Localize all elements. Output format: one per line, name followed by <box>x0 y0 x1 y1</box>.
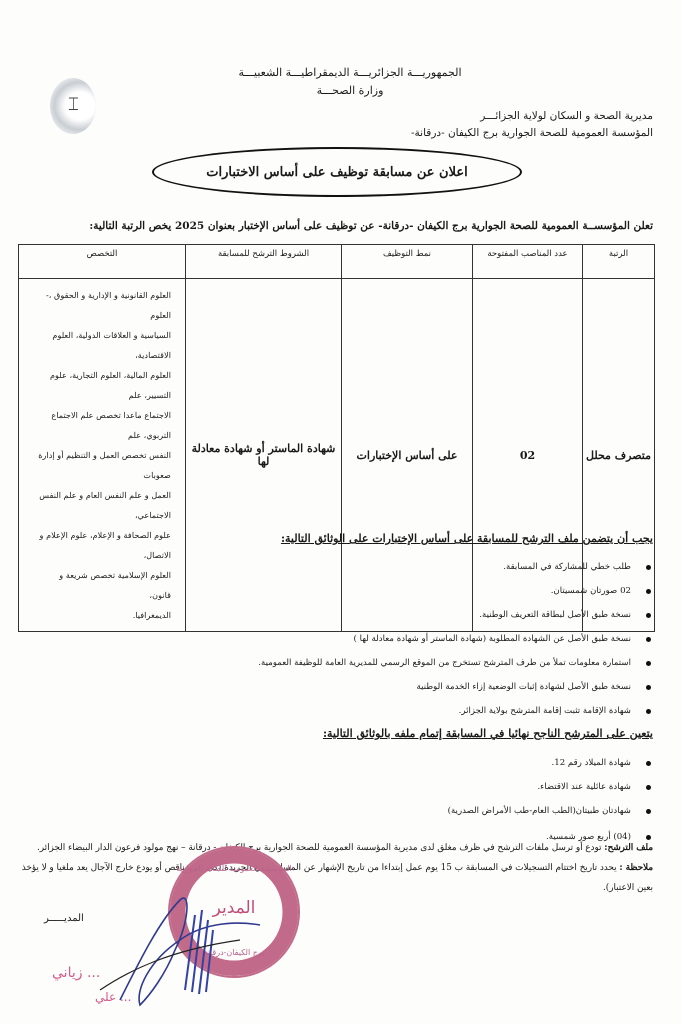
specialty-line: العلوم الإسلامية تخصص شريعة و قانون، <box>37 565 171 605</box>
specialty-line: الديمغرافيا. <box>37 605 171 625</box>
announcement-title: اعلان عن مسابقة توظيف على أساس الاختبارا… <box>206 165 467 180</box>
header-rank: الرتبة <box>583 245 655 279</box>
signatory-name-line2: ... علي <box>95 990 131 1004</box>
list-item: استمارة معلومات تملأ من طرف المترشح تستخ… <box>258 651 653 675</box>
submission-label: ملف الترشح: <box>604 843 653 853</box>
note-label: ملاحظة : <box>619 863 653 873</box>
announcement-title-oval: اعلان عن مسابقة توظيف على أساس الاختبارا… <box>152 147 522 197</box>
institution-block: مديرية الصحة و السكان لولاية الجزائـــر … <box>293 108 653 142</box>
list-item: شهادة الإقامة تثبت إقامة المترشح بولاية … <box>258 699 653 723</box>
specialty-line: العمل و علم النفس العام و علم النفس الاج… <box>37 485 171 525</box>
logo-glyph-icon: ⌶ <box>68 94 79 115</box>
stamp-top-text: المؤسسة العمومية للصحة الجوارية <box>170 864 298 873</box>
list-item: شهادتان طبيتان(الطب العام-طب الأمراض الص… <box>448 799 653 823</box>
required-docs-title: يجب أن يتضمن ملف الترشح للمسابقة على أسا… <box>281 532 653 545</box>
table-header-row: الرتبة عدد المناصب المفتوحة نمط التوظيف … <box>19 245 655 279</box>
cell-specialty: العلوم القانونية و الإدارية و الحقوق ،- … <box>19 279 186 632</box>
directorate-name: مديرية الصحة و السكان لولاية الجزائـــر <box>293 108 653 125</box>
list-item: شهادة عائلية عند الاقتضاء. <box>448 775 653 799</box>
intro-text: تعلن المؤسســة العمومية للصحة الجوارية ب… <box>23 220 653 232</box>
final-docs-title: يتعين على المترشح الناجح نهائيا في المسا… <box>323 727 653 740</box>
ministry-header: وزارة الصحـــة <box>200 82 500 99</box>
header-positions: عدد المناصب المفتوحة <box>473 245 583 279</box>
specialty-line: العلوم المالية، العلوم التجارية، علوم ال… <box>37 365 171 405</box>
submission-text: تودع أو ترسل ملفات الترشح في ظرف مغلق لد… <box>37 843 602 853</box>
header-specialty: التخصص <box>19 245 186 279</box>
specialty-line: علوم الصحافة و الإعلام، علوم الإعلام و ا… <box>37 525 171 565</box>
final-docs-list: شهادة الميلاد رقم 12. شهادة عائلية عند ا… <box>448 751 653 849</box>
list-item: نسخة طبق الأصل لبطاقة التعريف الوطنية. <box>258 603 653 627</box>
signatory-name-line1: ... زياني <box>52 965 100 981</box>
list-item: طلب خطي للمشاركة في المسابقة. <box>258 555 653 579</box>
list-item: نسخة طبق الأصل لشهادة إثبات الوضعية إزاء… <box>258 675 653 699</box>
list-item: نسخة طبق الأصل عن الشهادة المطلوبة (شهاد… <box>258 627 653 651</box>
required-docs-list: طلب خطي للمشاركة في المسابقة. 02 صورتان … <box>258 555 653 723</box>
republic-header: الجمهوريـــة الجزائريـــة الديمقراطيـــة… <box>200 64 500 81</box>
header-mode: نمط التوظيف <box>342 245 473 279</box>
director-title: المديـــــر <box>44 913 84 924</box>
specialty-line: العلوم القانونية و الإدارية و الحقوق ،- … <box>37 285 171 325</box>
specialty-line: النفس تخصص العمل و التنظيم أو إدارة صعوب… <box>37 445 171 485</box>
specialty-line: الاجتماع ماعدا تخصص علم الاجتماع التربوي… <box>37 405 171 445</box>
ministry-logo: ⌶ <box>50 78 96 134</box>
institution-name: المؤسسة العمومية للصحة الجوارية برج الكي… <box>293 125 653 142</box>
specialty-line: السياسية و العلاقات الدولية، العلوم الاق… <box>37 325 171 365</box>
list-item: 02 صورتان شمسيتان. <box>258 579 653 603</box>
header-conditions: الشروط الترشح للمسابقة <box>186 245 342 279</box>
submission-paragraph: ملف الترشح: تودع أو ترسل ملفات الترشح في… <box>13 838 653 858</box>
list-item: شهادة الميلاد رقم 12. <box>448 751 653 775</box>
